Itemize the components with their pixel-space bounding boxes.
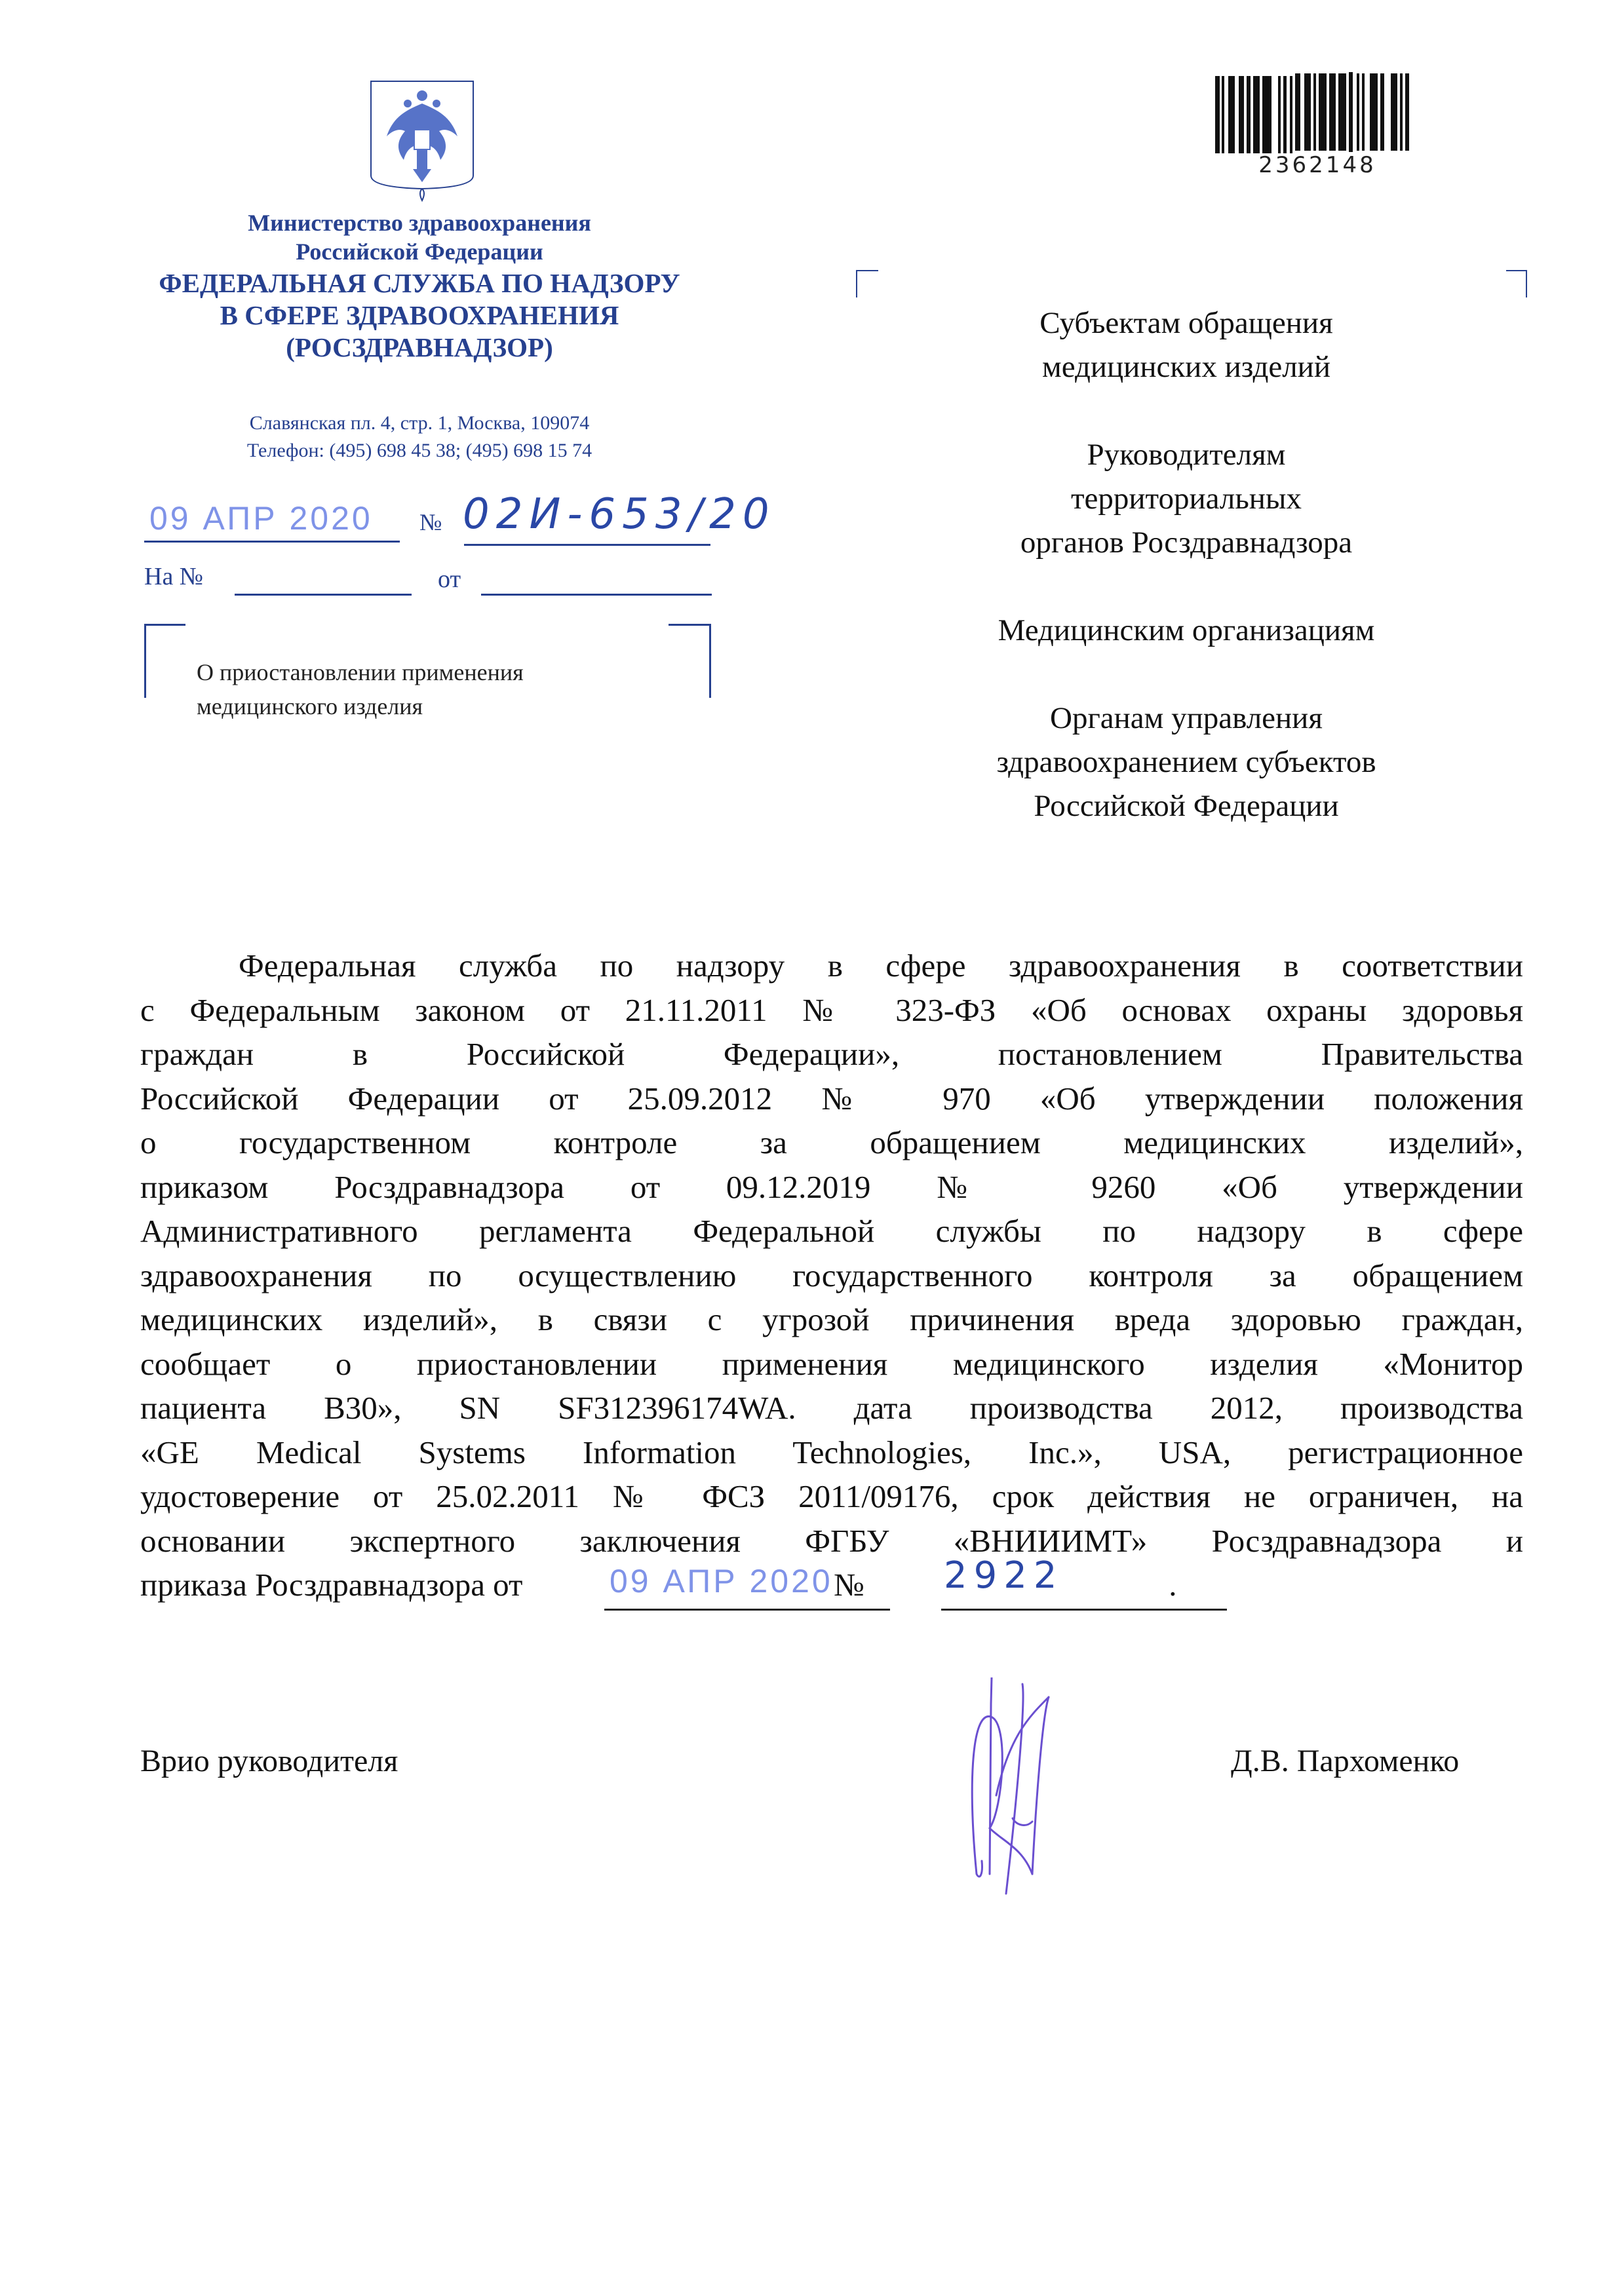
service-line-3: (РОСЗДРАВНАДЗОР) — [131, 332, 708, 364]
order-number: 2922 — [944, 1554, 1064, 1597]
ministry-line-2: Российской Федерации — [131, 237, 708, 266]
body-line: Федеральная служба по надзору в сфере зд… — [140, 944, 1523, 988]
barcode-number: 2362148 — [1239, 152, 1396, 178]
addressee-line: Российской Федерации — [904, 784, 1468, 828]
service-line-2: В СФЕРЕ ЗДРАВООХРАНЕНИЯ — [131, 299, 708, 332]
addressee-line: Субъектам обращения — [904, 301, 1468, 345]
addressee-line: Руководителям — [904, 433, 1468, 477]
addressee-line: медицинских изделий — [904, 345, 1468, 389]
subject-bracket-left — [144, 624, 185, 698]
registration-number-underline — [464, 544, 710, 546]
body-line: пациента B30», SN SF312396174WA. дата пр… — [140, 1386, 1523, 1430]
addressee-line: Медицинским организациям — [904, 609, 1468, 653]
signatory-name: Д.В. Пархоменко — [1231, 1743, 1459, 1779]
addressee-line: территориальных — [904, 477, 1468, 521]
order-number-underline — [941, 1609, 1227, 1611]
addressee-line: Органам управления — [904, 697, 1468, 740]
body-line: с Федеральным законом от 21.11.2011 № 32… — [140, 988, 1523, 1033]
body-line: удостоверение от 25.02.2011 № ФСЗ 2011/0… — [140, 1474, 1523, 1519]
registration-number-label: № — [419, 508, 442, 536]
contact-block: Славянская пл. 4, стр. 1, Москва, 109074… — [131, 410, 708, 465]
addressee-territorial-heads: Руководителям территориальных органов Ро… — [904, 433, 1468, 565]
addressee-bracket-right — [1506, 270, 1527, 297]
letter-body: Федеральная служба по надзору в сфере зд… — [140, 944, 1523, 1607]
body-line: приказом Росздравнадзора от 09.12.2019 №… — [140, 1165, 1523, 1210]
phone: Телефон: (495) 698 45 38; (495) 698 15 7… — [131, 437, 708, 465]
order-number-label: № — [834, 1567, 864, 1603]
order-reference-prefix: приказа Росздравнадзора от — [140, 1567, 522, 1603]
subject-line-2: медицинского изделия — [197, 689, 695, 723]
ministry-name: Министерство здравоохранения Российской … — [131, 208, 708, 266]
subject-line: О приостановлении применения медицинског… — [197, 655, 695, 723]
addressee-medical-device-entities: Субъектам обращения медицинских изделий — [904, 301, 1468, 389]
body-line: граждан в Российской Федерации», постано… — [140, 1032, 1523, 1077]
body-line: основании экспертного заключения ФГБУ «В… — [140, 1519, 1523, 1563]
coat-of-arms-emblem-icon — [367, 77, 477, 202]
addressee-line: здравоохранением субъектов — [904, 740, 1468, 784]
service-line-1: ФЕДЕРАЛЬНАЯ СЛУЖБА ПО НАДЗОРУ — [131, 267, 708, 299]
addressee-line: органов Росздравнадзора — [904, 521, 1468, 565]
subject-line-1: О приостановлении применения — [197, 655, 695, 689]
body-line: Административного регламента Федеральной… — [140, 1209, 1523, 1253]
order-reference-suffix: . — [1169, 1567, 1176, 1603]
order-date-stamp: 09 АПР 2020 — [610, 1562, 833, 1600]
ministry-line-1: Министерство здравоохранения — [131, 208, 708, 237]
registration-date-stamp: 09 АПР 2020 — [149, 499, 373, 537]
service-name: ФЕДЕРАЛЬНАЯ СЛУЖБА ПО НАДЗОРУ В СФЕРЕ ЗД… — [131, 267, 708, 364]
registration-number: 02И-653/20 — [463, 490, 776, 539]
addressee-medical-organizations: Медицинским организациям — [904, 609, 1468, 653]
order-date-underline — [604, 1609, 890, 1611]
reference-number-field — [235, 594, 412, 596]
registration-date-underline — [144, 541, 400, 543]
body-line: здравоохранения по осуществлению государ… — [140, 1253, 1523, 1298]
body-line: медицинских изделий», в связи с угрозой … — [140, 1297, 1523, 1342]
addressee-bracket-left — [856, 270, 878, 297]
body-line: сообщает о приостановлении применения ме… — [140, 1342, 1523, 1387]
barcode-icon — [1215, 72, 1416, 153]
addressee-health-authorities: Органам управления здравоохранением субъ… — [904, 697, 1468, 828]
reference-number-label: На № — [144, 562, 203, 591]
signatory-role: Врио руководителя — [140, 1743, 398, 1779]
addressee-list: Субъектам обращения медицинских изделий … — [904, 301, 1468, 872]
address: Славянская пл. 4, стр. 1, Москва, 109074 — [131, 410, 708, 437]
body-line: о государственном контроле за обращением… — [140, 1120, 1523, 1165]
body-line: «GE Medical Systems Information Technolo… — [140, 1430, 1523, 1475]
body-line: Российской Федерации от 25.09.2012 № 970… — [140, 1077, 1523, 1121]
handwritten-signature-icon — [918, 1677, 1114, 1913]
reference-date-field — [481, 594, 712, 596]
reference-date-label: от — [438, 565, 461, 594]
